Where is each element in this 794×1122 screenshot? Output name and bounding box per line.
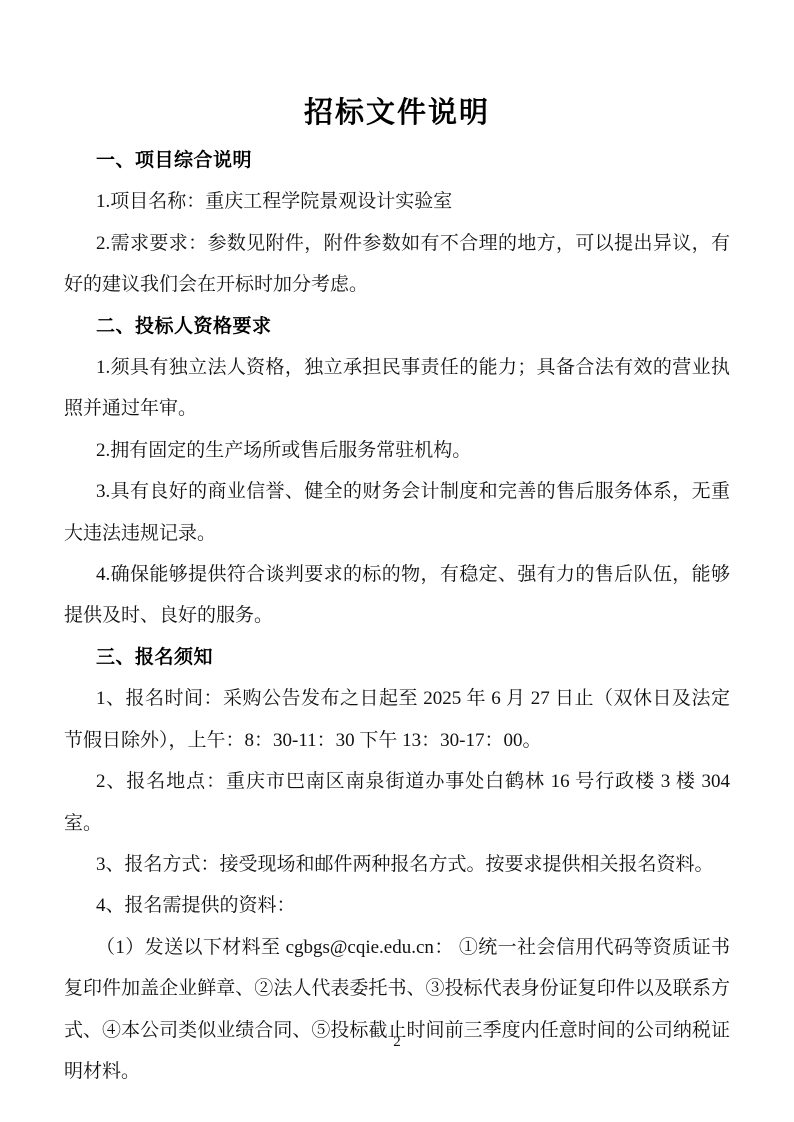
page-number: 2 <box>0 1034 794 1051</box>
paragraph: 2.拥有固定的生产场所或售后服务常驻机构。 <box>64 430 730 471</box>
paragraph: 1、报名时间：采购公告发布之日起至 2025 年 6 月 27 日止（双休日及法… <box>64 678 730 761</box>
page-title: 招标文件说明 <box>64 86 730 140</box>
document-page: 招标文件说明 一、项目综合说明 1.项目名称：重庆工程学院景观设计实验室 2.需… <box>0 0 794 1122</box>
paragraph: 3.具有良好的商业信誉、健全的财务会计制度和完善的售后服务体系，无重大违法违规记… <box>64 471 730 554</box>
paragraph: 4、报名需提供的资料： <box>64 885 730 926</box>
section-heading-2: 二、投标人资格要求 <box>64 306 730 347</box>
paragraph: 1.须具有独立法人资格，独立承担民事责任的能力；具备合法有效的营业执照并通过年审… <box>64 347 730 430</box>
paragraph: 2、报名地点：重庆市巴南区南泉街道办事处白鹤林 16 号行政楼 3 楼 304 … <box>64 761 730 844</box>
section-heading-1: 一、项目综合说明 <box>64 140 730 181</box>
paragraph: 1.项目名称：重庆工程学院景观设计实验室 <box>64 181 730 222</box>
document-content: 招标文件说明 一、项目综合说明 1.项目名称：重庆工程学院景观设计实验室 2.需… <box>64 86 730 1092</box>
paragraph: 3、报名方式：接受现场和邮件两种报名方式。按要求提供相关报名资料。 <box>64 844 730 885</box>
paragraph: （1）发送以下材料至 cgbgs@cqie.edu.cn： ①统一社会信用代码等… <box>64 927 730 1093</box>
paragraph: 4.确保能够提供符合谈判要求的标的物，有稳定、强有力的售后队伍，能够提供及时、良… <box>64 554 730 637</box>
section-heading-3: 三、报名须知 <box>64 637 730 678</box>
paragraph: 2.需求要求：参数见附件，附件参数如有不合理的地方，可以提出异议，有好的建议我们… <box>64 223 730 306</box>
